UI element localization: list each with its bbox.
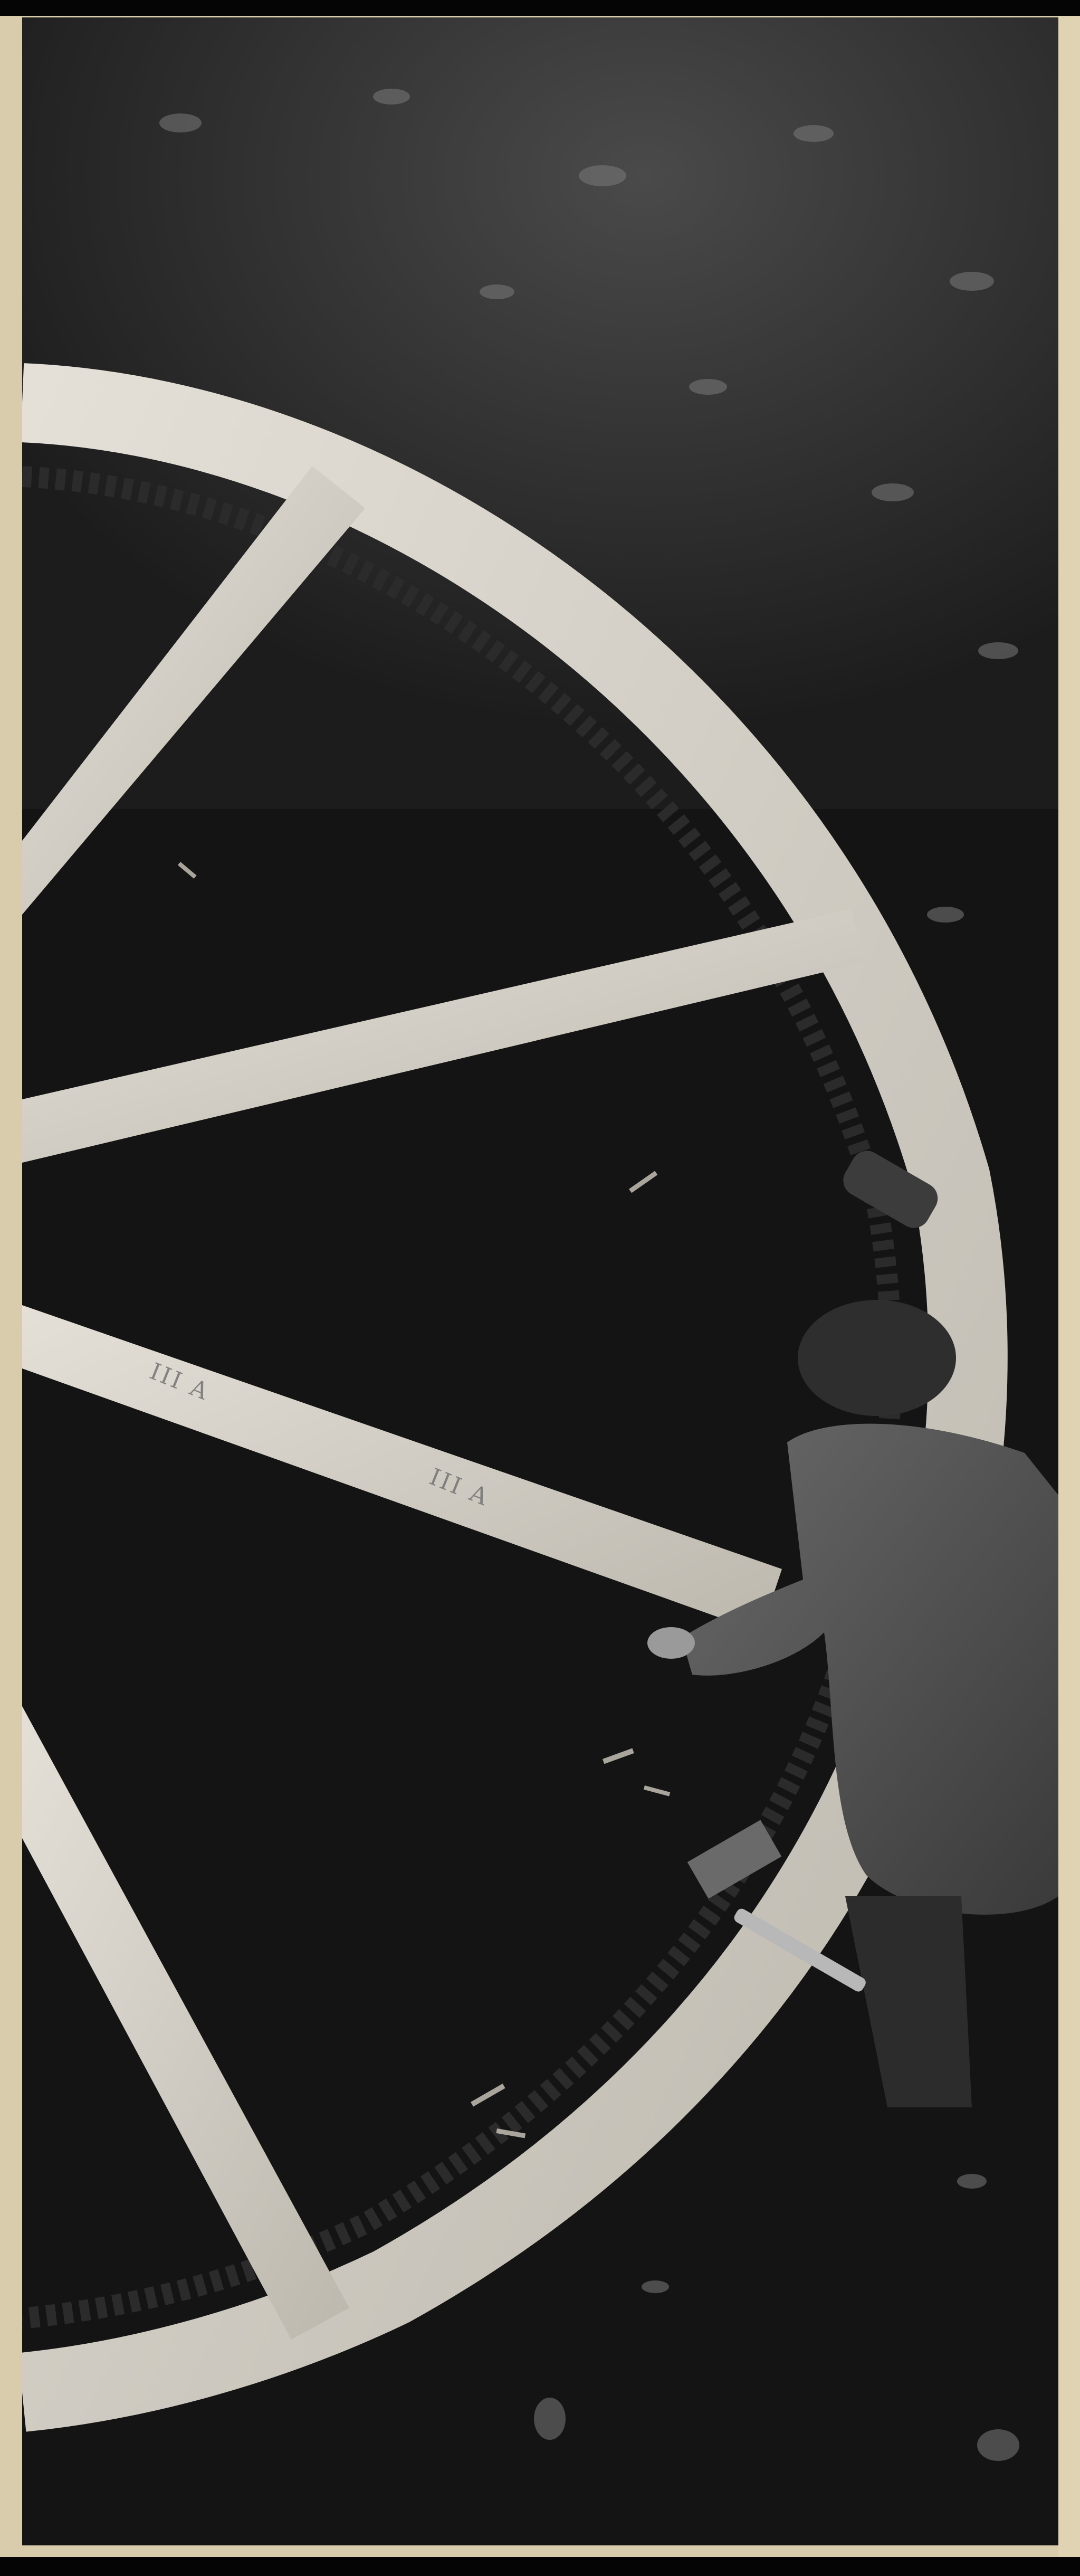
scene: [22, 17, 1058, 2545]
hand: [647, 1627, 695, 1659]
photograph: III A III A: [22, 17, 1058, 2545]
photo-mount-edge: [1058, 16, 1080, 2557]
head: [798, 1300, 956, 1416]
